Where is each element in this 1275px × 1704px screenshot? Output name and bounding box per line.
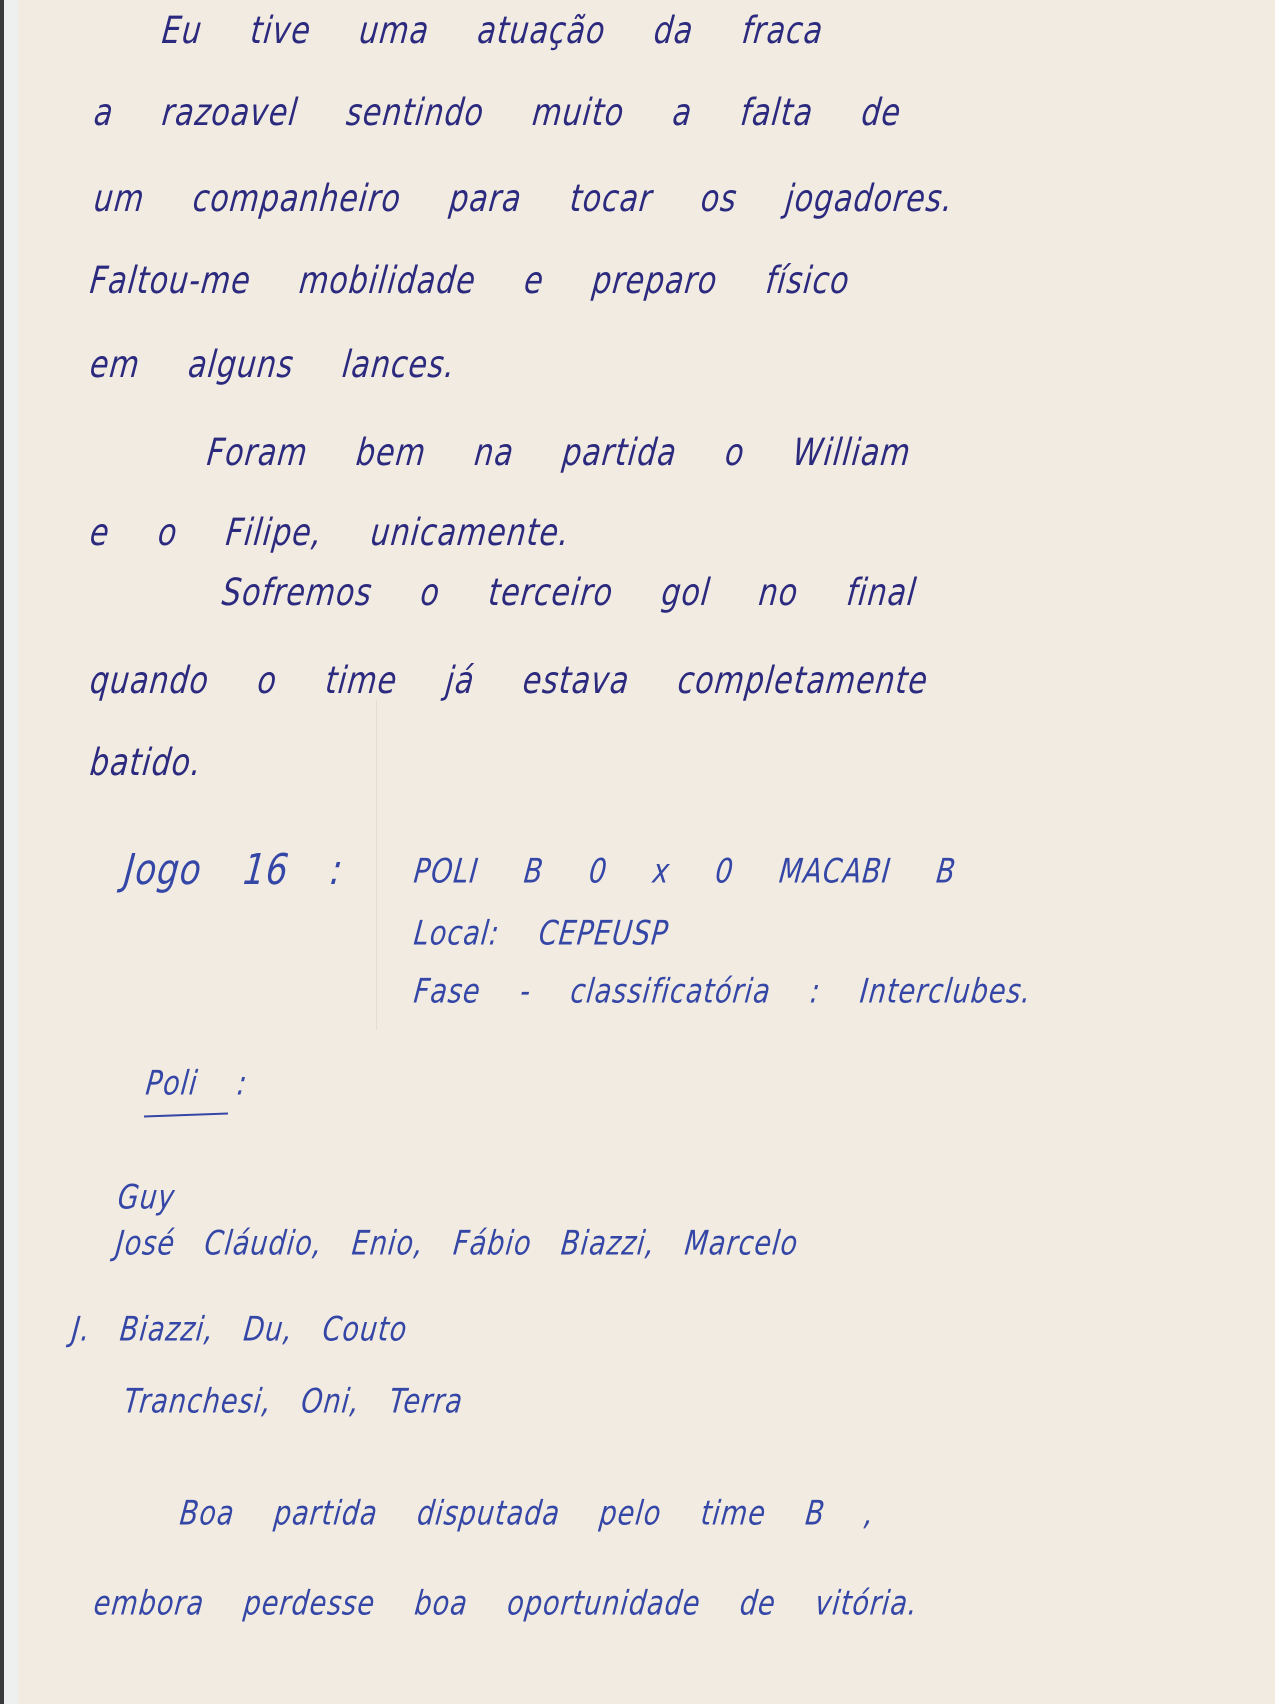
paragraph3-line1: Sofremos o terceiro gol no final [220,571,919,615]
match-venue: Local: CEPEUSP [412,914,671,953]
paragraph3-line3: batido. [88,741,204,785]
match-label: Jogo 16 : [122,845,346,895]
paragraph3-line2: quando o time já estava completamente [88,659,930,703]
paragraph1-line5: em alguns lances. [88,343,458,387]
paragraph2-line1: Foram bem na partida o William [205,431,913,475]
lineup-goalkeeper: Guy [116,1178,177,1217]
lineup-attack: Tranchesi, Oni, Terra [122,1382,465,1421]
paragraph2-line2: e o Filipe, unicamente. [88,511,572,555]
match-score: POLI B 0 x 0 MACABI B [412,852,958,891]
lineup-heading: Poli : [144,1064,250,1103]
paragraph1-line2: a razoavel sentindo muito a falta de [92,91,904,135]
lineup-defense: José Cláudio, Enio, Fábio Biazzi, Marcel… [114,1224,800,1263]
paragraph1-line1: Eu tive uma atuação da fraca [160,9,826,53]
paragraph1-line3: um companheiro para tocar os jogadores. [92,177,955,221]
bleed-through-line [376,700,377,1030]
paragraph1-line4: Faltou-me mobilidade e preparo físico [88,259,852,303]
match-phase: Fase - classificatória : Interclubes. [412,972,1033,1011]
summary-line2: embora perdesse boa oportunidade de vitó… [92,1584,920,1623]
scanner-edge-light [4,0,18,1704]
lineup-midfield: J. Biazzi, Du, Couto [70,1310,409,1349]
summary-line1: Boa partida disputada pelo time B , [178,1494,876,1533]
